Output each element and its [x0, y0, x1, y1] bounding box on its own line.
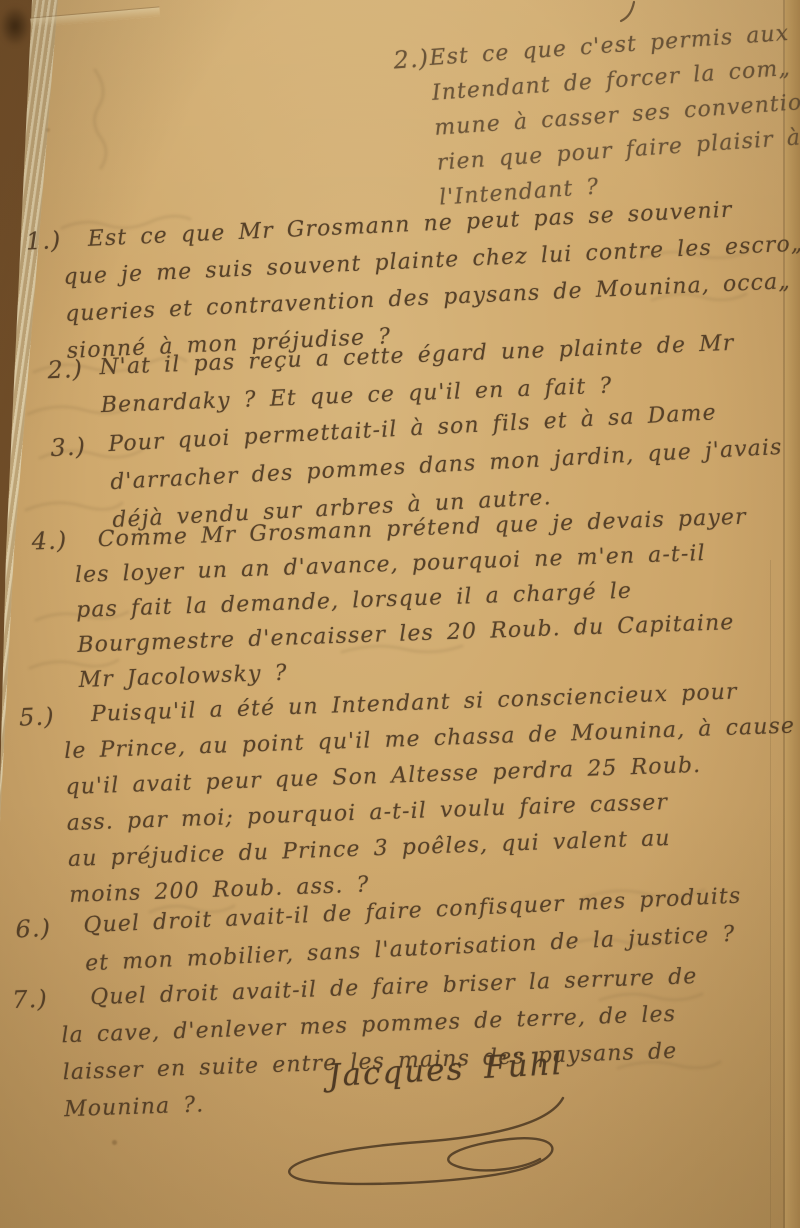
paragraph-number: 1.): [25, 222, 62, 261]
manuscript-paragraph: 5.)Puisqu'il a été un Intendant si consc…: [18, 673, 800, 916]
paragraph-number: 7.): [12, 981, 49, 1019]
paragraph-number: 5.): [18, 698, 55, 735]
text-layer: 7.)Quel droit avait-il de faire briser l…: [0, 0, 800, 1228]
manuscript-paragraph: 2.)Est ce que c'est permis auxIntendant …: [392, 13, 800, 218]
paragraph-number: 3.): [50, 427, 88, 467]
photo-scene: 7.)Quel droit avait-il de faire briser l…: [0, 0, 800, 1228]
paragraph-number: 2.): [392, 41, 430, 78]
signature-flourish: [258, 1088, 588, 1203]
